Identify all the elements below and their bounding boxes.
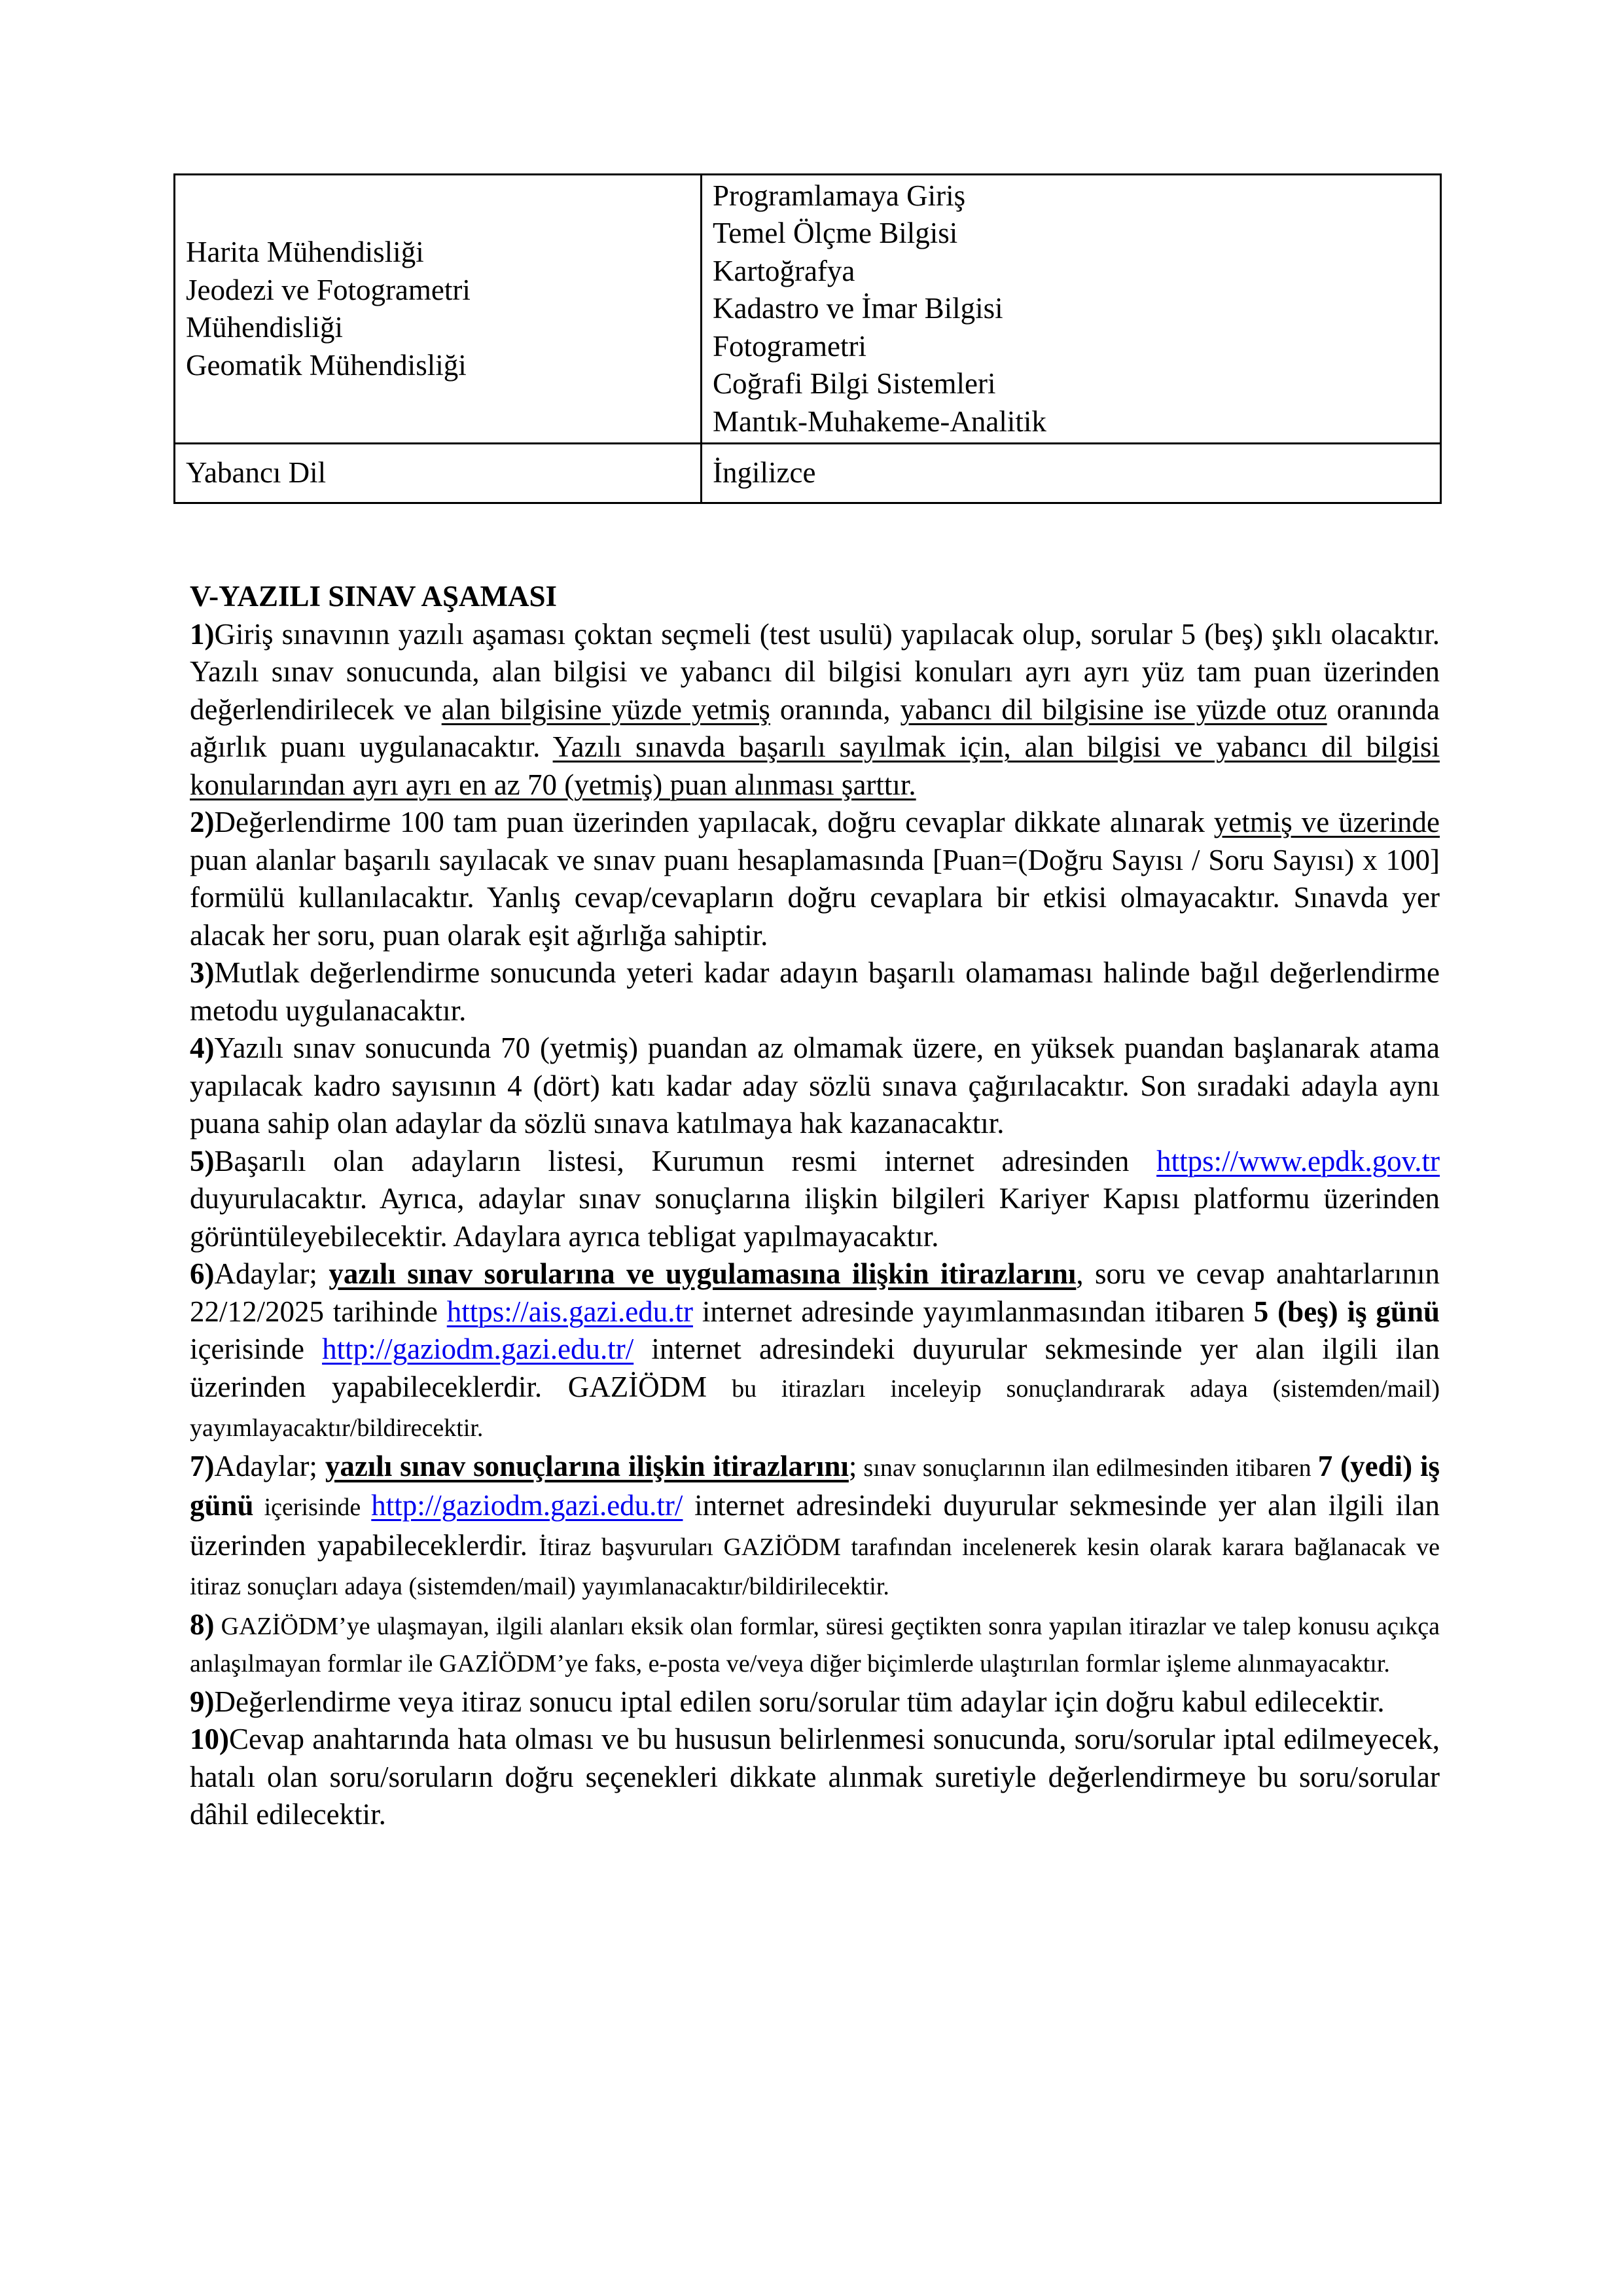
bold-underlined-text: yazılı sınav sorularına ve uygulamasına … [329, 1257, 1076, 1290]
section-body: V-YAZILI SINAV AŞAMASI 1)Giriş sınavının… [190, 578, 1440, 1834]
item-10: 10)Cevap anahtarında hata olması ve bu h… [190, 1721, 1440, 1834]
department-item: Jeodezi ve Fotogrametri [186, 272, 690, 310]
item-text-small: içerisinde [254, 1494, 372, 1521]
item-text: internet adresinde yayımlanmasından itib… [693, 1295, 1254, 1328]
item-8: 8) GAZİÖDM’ye ulaşmayan, ilgili alanları… [190, 1606, 1440, 1683]
item-number: 5) [190, 1145, 215, 1177]
item-5: 5)Başarılı olan adayların listesi, Kurum… [190, 1143, 1440, 1256]
word: Jeodezi [186, 274, 274, 306]
word: ve [281, 274, 309, 306]
department-item: Mühendisliği [186, 309, 690, 347]
topic-item: Temel Ölçme Bilgisi [713, 215, 1429, 253]
item-4: 4)Yazılı sınav sonucunda 70 (yetmiş) pua… [190, 1030, 1440, 1143]
table-row: Harita Mühendisliği Jeodezi ve Fotograme… [175, 175, 1441, 444]
item-text: ; [849, 1450, 857, 1482]
topic-item: Kadastro ve İmar Bilgisi [713, 290, 1429, 328]
topic-item: Mantık-Muhakeme-Analitik [713, 403, 1429, 441]
item-text: Değerlendirme veya itiraz sonucu iptal e… [215, 1685, 1385, 1718]
topic-item: Coğrafi Bilgi Sistemleri [713, 365, 1429, 403]
item-text: oranında, [770, 693, 901, 726]
item-7: 7)Adaylar; yazılı sınav sonuçlarına iliş… [190, 1448, 1440, 1606]
topic-item: Fotogrametri [713, 328, 1429, 366]
item-number: 2) [190, 806, 215, 838]
item-text: Adaylar; [215, 1257, 329, 1290]
word: Fotogrametri [317, 274, 471, 306]
item-text: Yazılı sınav sonucunda 70 (yetmiş) puand… [190, 1031, 1440, 1139]
item-number: 1) [190, 618, 215, 651]
subjects-table: Harita Mühendisliği Jeodezi ve Fotograme… [173, 173, 1442, 504]
item-6: 6)Adaylar; yazılı sınav sorularına ve uy… [190, 1255, 1440, 1448]
item-number: 6) [190, 1257, 215, 1290]
bold-underlined-text: yazılı sınav sonuçlarına ilişkin itirazl… [325, 1450, 849, 1482]
department-item: Geomatik Mühendisliği [186, 347, 690, 385]
item-number: 3) [190, 956, 215, 989]
topic-item: Kartoğrafya [713, 253, 1429, 291]
item-text: puan alanlar başarılı sayılacak ve sınav… [190, 844, 1440, 952]
epdk-link[interactable]: https://www.epdk.gov.tr [1156, 1145, 1440, 1177]
department-item: Harita Mühendisliği [186, 234, 690, 272]
item-1: 1)Giriş sınavının yazılı aşaması çoktan … [190, 616, 1440, 804]
item-text: duyurulacaktır. Ayrıca, adaylar sınav so… [190, 1182, 1440, 1253]
topic-item: Programlamaya Giriş [713, 177, 1429, 215]
item-number: 10) [190, 1723, 229, 1755]
item-number: 7) [190, 1450, 215, 1482]
gaziodm-link[interactable]: http://gaziodm.gazi.edu.tr/ [371, 1489, 683, 1522]
item-text: Adaylar; [215, 1450, 325, 1482]
item-text: GAZİÖDM’ye ulaşmayan, ilgili alanları ek… [190, 1613, 1440, 1678]
bold-text: 5 (beş) iş günü [1254, 1295, 1440, 1328]
underlined-text: yetmiş ve üzerinde [1214, 806, 1440, 838]
gaziodm-link[interactable]: http://gaziodm.gazi.edu.tr/ [322, 1333, 633, 1365]
item-9: 9)Değerlendirme veya itiraz sonucu iptal… [190, 1683, 1440, 1721]
item-number: 4) [190, 1031, 215, 1064]
underlined-text: yabancı dil bilgisine ise yüzde otuz [901, 693, 1327, 726]
item-3: 3)Mutlak değerlendirme sonucunda yeteri … [190, 954, 1440, 1030]
item-text: Başarılı olan adayların listesi, Kurumun… [215, 1145, 1157, 1177]
item-text: Mutlak değerlendirme sonucunda yeteri ka… [190, 956, 1440, 1027]
item-text-small: sınav sonuçlarının ilan edilmesinden iti… [857, 1454, 1317, 1482]
document-page: Harita Mühendisliği Jeodezi ve Fotograme… [0, 0, 1623, 2296]
topics-cell: Programlamaya Giriş Temel Ölçme Bilgisi … [702, 175, 1441, 444]
underlined-text: alan bilgisine yüzde yetmiş [442, 693, 770, 726]
section-title: V-YAZILI SINAV AŞAMASI [190, 578, 1440, 616]
departments-cell: Harita Mühendisliği Jeodezi ve Fotograme… [175, 175, 702, 444]
item-text: içerisinde [190, 1333, 322, 1365]
item-2: 2)Değerlendirme 100 tam puan üzerinden y… [190, 804, 1440, 954]
foreign-language-value-cell: İngilizce [702, 444, 1441, 503]
table-row: Yabancı Dil İngilizce [175, 444, 1441, 503]
item-number: 9) [190, 1685, 215, 1718]
ais-gazi-link[interactable]: https://ais.gazi.edu.tr [447, 1295, 693, 1328]
item-text: Cevap anahtarında hata olması ve bu husu… [190, 1723, 1440, 1831]
item-text: Değerlendirme 100 tam puan üzerinden yap… [215, 806, 1214, 838]
item-number: 8) [190, 1608, 215, 1641]
foreign-language-label-cell: Yabancı Dil [175, 444, 702, 503]
